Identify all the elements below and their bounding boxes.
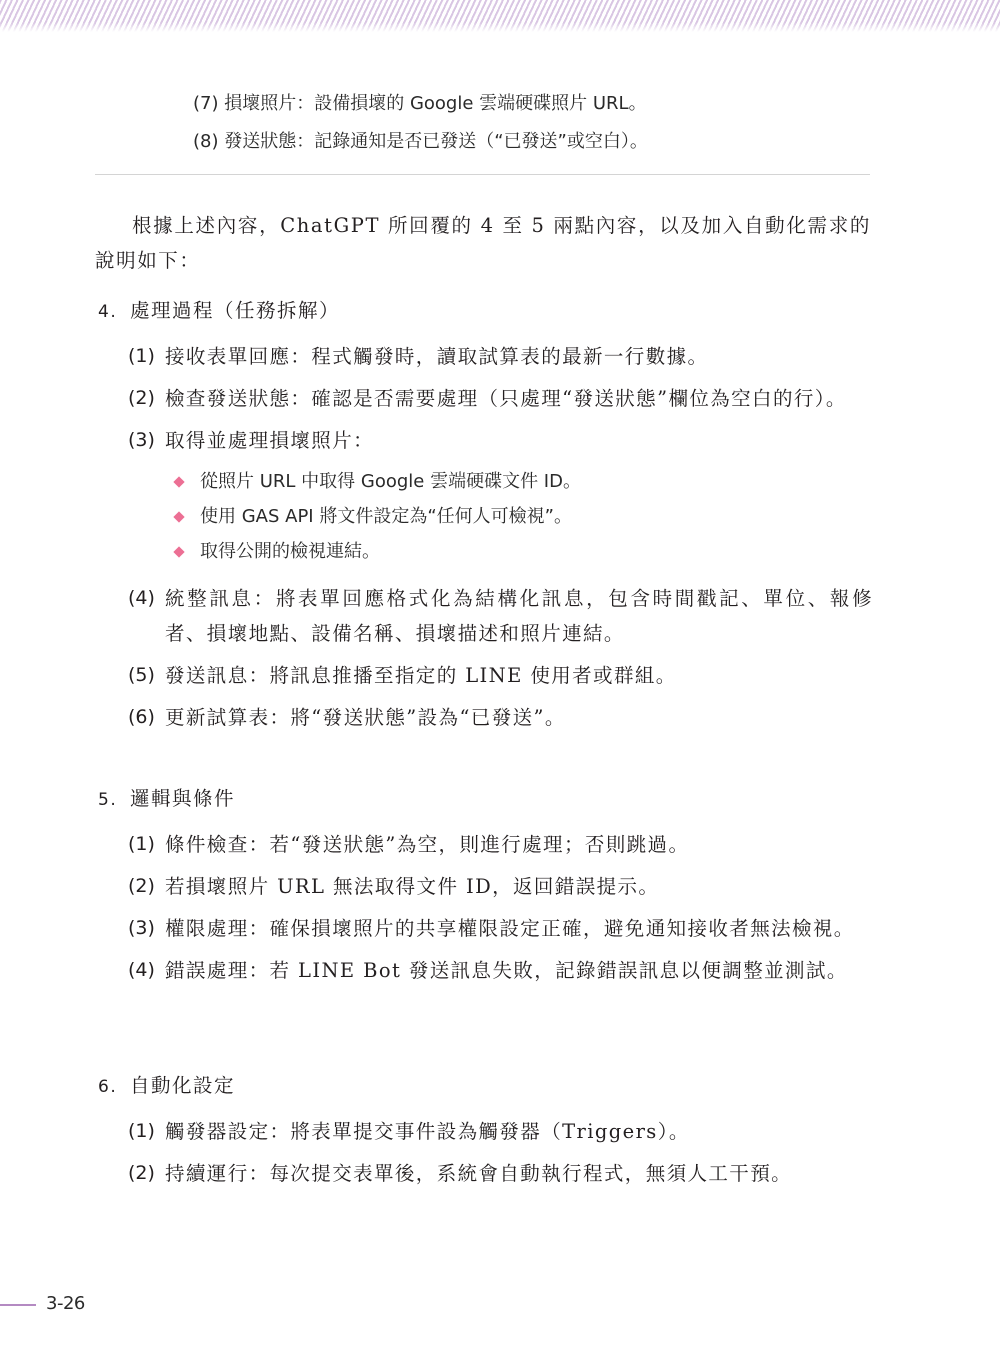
list-item: (1) 接收表單回應：程式觸發時，讀取試算表的最新一行數據。 bbox=[98, 339, 873, 374]
field-note-num: (7) bbox=[193, 93, 219, 114]
list-item: (5) 發送訊息：將訊息推播至指定的 LINE 使用者或群組。 bbox=[98, 658, 873, 693]
section-heading: 4.處理過程（任務拆解） bbox=[98, 296, 873, 327]
diamond-bullet-icon bbox=[173, 476, 184, 487]
section-heading: 5.邏輯與條件 bbox=[98, 784, 873, 815]
footer-accent-line bbox=[0, 1304, 36, 1306]
bullet-item: 從照片 URL 中取得 Google 雲端硬碟文件 ID。 bbox=[200, 464, 873, 499]
item-text: 持續運行：每次提交表單後，系統會自動執行程式，無須人工干預。 bbox=[165, 1162, 792, 1185]
item-text: 條件檢查：若“發送狀態”為空，則進行處理；否則跳過。 bbox=[165, 833, 689, 856]
item-number: (3) bbox=[128, 423, 155, 458]
section-title: 邏輯與條件 bbox=[130, 787, 235, 810]
section-heading: 6.自動化設定 bbox=[98, 1071, 873, 1102]
bullet-text: 使用 GAS API 將文件設定為“任何人可檢視”。 bbox=[200, 506, 572, 527]
bullet-text: 從照片 URL 中取得 Google 雲端硬碟文件 ID。 bbox=[200, 471, 581, 492]
diamond-bullet-icon bbox=[173, 511, 184, 522]
item-text: 檢查發送狀態：確認是否需要處理（只處理“發送狀態”欄位為空白的行）。 bbox=[165, 387, 847, 410]
list-item: (1) 條件檢查：若“發送狀態”為空，則進行處理；否則跳過。 bbox=[98, 827, 873, 862]
item-number: (3) bbox=[128, 911, 155, 946]
section-title: 處理過程（任務拆解） bbox=[130, 299, 340, 322]
item-text: 觸發器設定：將表單提交事件設為觸發器（Triggers）。 bbox=[165, 1120, 690, 1143]
list-item: (1) 觸發器設定：將表單提交事件設為觸發器（Triggers）。 bbox=[98, 1114, 873, 1149]
item-number: (4) bbox=[128, 953, 155, 988]
bullet-text: 取得公開的檢視連結。 bbox=[200, 541, 380, 562]
section-title: 自動化設定 bbox=[130, 1074, 235, 1097]
field-note-text: 損壞照片：設備損壞的 Google 雲端硬碟照片 URL。 bbox=[224, 93, 646, 114]
list-item: (2) 若損壞照片 URL 無法取得文件 ID，返回錯誤提示。 bbox=[98, 869, 873, 904]
item-text: 取得並處理損壞照片： bbox=[165, 429, 374, 452]
bullet-item: 使用 GAS API 將文件設定為“任何人可檢視”。 bbox=[200, 499, 873, 534]
page-number: 3-26 bbox=[46, 1293, 85, 1314]
item-text: 錯誤處理：若 LINE Bot 發送訊息失敗，記錄錯誤訊息以便調整並測試。 bbox=[165, 959, 848, 982]
bullet-list: 從照片 URL 中取得 Google 雲端硬碟文件 ID。 使用 GAS API… bbox=[98, 464, 873, 569]
item-text: 更新試算表：將“發送狀態”設為“已發送”。 bbox=[165, 706, 566, 729]
section-number: 6. bbox=[98, 1072, 130, 1102]
section-divider bbox=[95, 174, 870, 175]
section-automation: 6.自動化設定 (1) 觸發器設定：將表單提交事件設為觸發器（Triggers）… bbox=[98, 1071, 873, 1191]
section-processing: 4.處理過程（任務拆解） (1) 接收表單回應：程式觸發時，讀取試算表的最新一行… bbox=[98, 296, 873, 735]
item-text: 若損壞照片 URL 無法取得文件 ID，返回錯誤提示。 bbox=[165, 875, 659, 898]
item-number: (5) bbox=[128, 658, 155, 693]
field-note-text: 發送狀態：記錄通知是否已發送（“已發送”或空白）。 bbox=[224, 131, 648, 152]
item-number: (6) bbox=[128, 700, 155, 735]
list-item: (3) 取得並處理損壞照片： bbox=[98, 423, 873, 458]
item-text: 接收表單回應：程式觸發時，讀取試算表的最新一行數據。 bbox=[165, 345, 708, 368]
bullet-item: 取得公開的檢視連結。 bbox=[200, 534, 873, 569]
item-number: (2) bbox=[128, 869, 155, 904]
item-number: (1) bbox=[128, 339, 155, 374]
list-item: (2) 持續運行：每次提交表單後，系統會自動執行程式，無須人工干預。 bbox=[98, 1156, 873, 1191]
item-text: 權限處理：確保損壞照片的共享權限設定正確，避免通知接收者無法檢視。 bbox=[165, 917, 855, 940]
field-notes: (7) 損壞照片：設備損壞的 Google 雲端硬碟照片 URL。 (8) 發送… bbox=[193, 88, 648, 164]
item-number: (2) bbox=[128, 1156, 155, 1191]
field-note-num: (8) bbox=[193, 131, 219, 152]
intro-paragraph: 根據上述內容，ChatGPT 所回覆的 4 至 5 兩點內容，以及加入自動化需求… bbox=[95, 208, 871, 278]
diamond-bullet-icon bbox=[173, 546, 184, 557]
item-text: 發送訊息：將訊息推播至指定的 LINE 使用者或群組。 bbox=[165, 664, 677, 687]
field-note-item: (7) 損壞照片：設備損壞的 Google 雲端硬碟照片 URL。 bbox=[193, 88, 648, 126]
item-number: (2) bbox=[128, 381, 155, 416]
section-logic: 5.邏輯與條件 (1) 條件檢查：若“發送狀態”為空，則進行處理；否則跳過。 (… bbox=[98, 784, 873, 988]
header-stripe-decoration bbox=[0, 0, 1000, 32]
list-item: (6) 更新試算表：將“發送狀態”設為“已發送”。 bbox=[98, 700, 873, 735]
list-item: (4) 錯誤處理：若 LINE Bot 發送訊息失敗，記錄錯誤訊息以便調整並測試… bbox=[98, 953, 873, 988]
item-number: (4) bbox=[128, 581, 155, 616]
section-number: 4. bbox=[98, 297, 130, 327]
list-item: (4) 統整訊息：將表單回應格式化為結構化訊息，包含時間戳記、單位、報修者、損壞… bbox=[98, 581, 873, 651]
list-item: (3) 權限處理：確保損壞照片的共享權限設定正確，避免通知接收者無法檢視。 bbox=[98, 911, 873, 946]
item-number: (1) bbox=[128, 827, 155, 862]
field-note-item: (8) 發送狀態：記錄通知是否已發送（“已發送”或空白）。 bbox=[193, 126, 648, 164]
list-item: (2) 檢查發送狀態：確認是否需要處理（只處理“發送狀態”欄位為空白的行）。 bbox=[98, 381, 873, 416]
item-text: 統整訊息：將表單回應格式化為結構化訊息，包含時間戳記、單位、報修者、損壞地點、設… bbox=[165, 587, 873, 645]
section-number: 5. bbox=[98, 785, 130, 815]
item-number: (1) bbox=[128, 1114, 155, 1149]
